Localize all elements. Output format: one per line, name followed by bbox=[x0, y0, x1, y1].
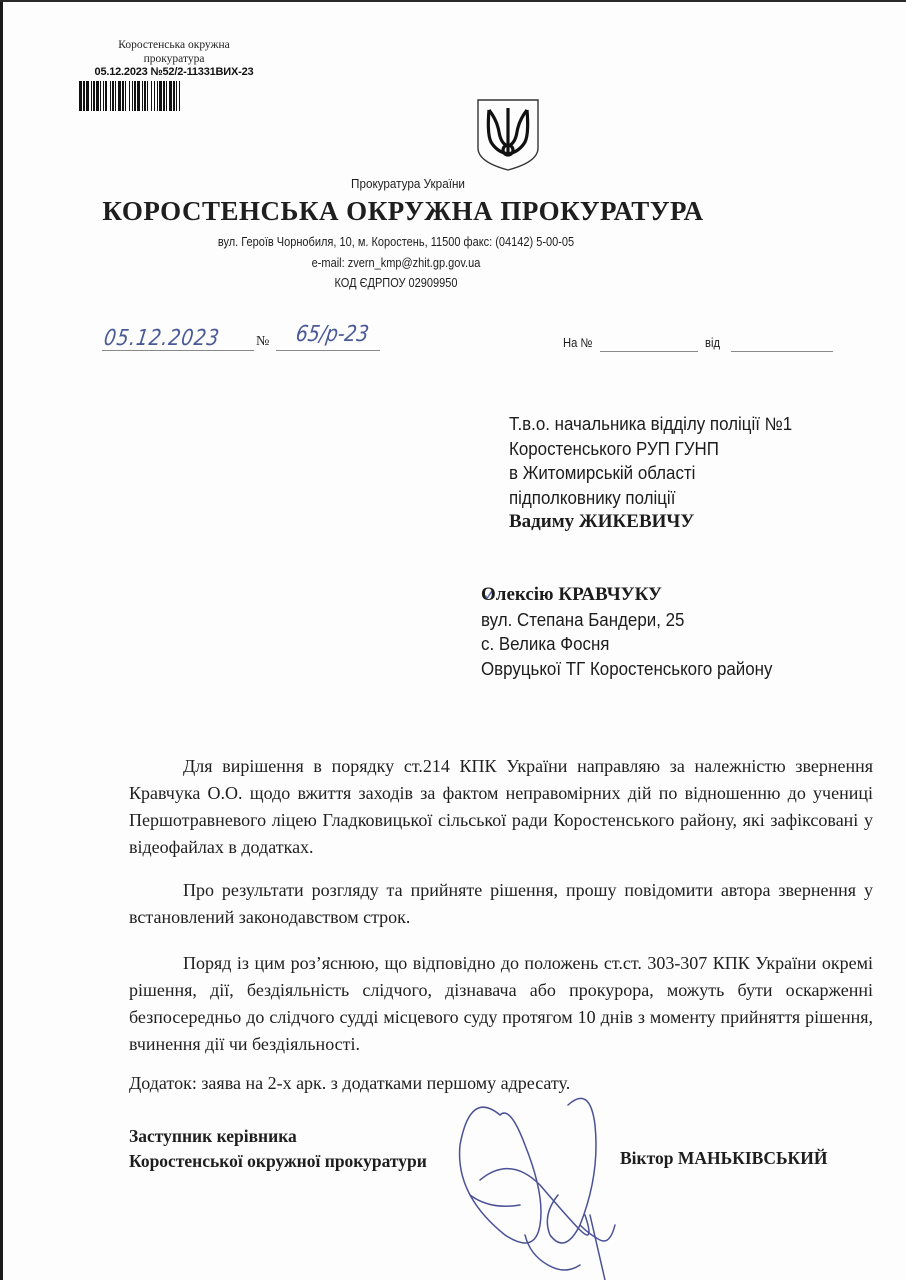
addressee-1-line: Коростенського РУП ГУНП bbox=[509, 437, 792, 462]
signatory-name: Віктор МАНЬКІВСЬКИЙ bbox=[620, 1148, 827, 1169]
stamp-org-line1: Коростенська окружна bbox=[74, 38, 274, 52]
scan-left-edge bbox=[0, 0, 3, 1280]
from-label: від bbox=[705, 336, 720, 350]
addressee-2: Олексію КРАВЧУКУ вул. Степана Бандери, 2… bbox=[481, 583, 791, 681]
addressee-1-line: підполковнику поліції bbox=[509, 486, 792, 511]
parent-org: Прокуратура України bbox=[0, 176, 815, 191]
addressee-1-line: в Житомирській області bbox=[509, 461, 792, 486]
addressee-2-line: Овруцької ТГ Коростенського району bbox=[481, 657, 772, 682]
body-paragraph-3: Поряд із цим роз’яснюю, що відповідно до… bbox=[129, 950, 873, 1058]
addressee-2-line: с. Велика Фосня bbox=[481, 632, 772, 657]
date-underline bbox=[102, 350, 254, 351]
paragraph-text: Поряд із цим роз’яснюю, що відповідно до… bbox=[129, 950, 873, 1058]
addressee-2-line: вул. Степана Бандери, 25 bbox=[481, 608, 772, 633]
org-email: e-mail: zvern_kmp@zhit.gp.gov.ua bbox=[0, 256, 795, 270]
reply-to-underline bbox=[600, 351, 698, 352]
stamp-reg-number: 05.12.2023 №52/2-11331ВИХ-23 bbox=[74, 66, 274, 78]
addressee-1: Т.в.о. начальника відділу поліції №1 Кор… bbox=[509, 412, 810, 535]
addressee-1-line: Т.в.о. начальника відділу поліції №1 bbox=[509, 412, 792, 437]
number-sign: № bbox=[256, 334, 269, 350]
addressee-2-name: Олексію КРАВЧУКУ bbox=[481, 583, 791, 608]
registration-stamp: Коростенська окружна прокуратура 05.12.2… bbox=[74, 38, 274, 111]
body-paragraph-2: Про результати розгляду та прийняте ріше… bbox=[129, 877, 873, 931]
org-name: КОРОСТЕНСЬКА ОКРУЖНА ПРОКУРАТУРА bbox=[0, 196, 856, 227]
number-underline bbox=[276, 350, 380, 351]
signatory-position-line1: Заступник керівника bbox=[129, 1124, 427, 1149]
org-address: вул. Героїв Чорнобиля, 10, м. Коростень,… bbox=[0, 235, 795, 249]
handwritten-signature bbox=[430, 1085, 640, 1280]
reply-to-label: На № bbox=[563, 336, 593, 350]
body-paragraph-1: Для вирішення в порядку ст.214 КПК Украї… bbox=[129, 753, 873, 861]
scan-top-edge bbox=[0, 0, 906, 2]
stamp-org-line2: прокуратура bbox=[74, 52, 274, 66]
paragraph-text: Про результати розгляду та прийняте ріше… bbox=[129, 877, 873, 931]
addressee-1-name: Вадиму ЖИКЕВИЧУ bbox=[509, 510, 810, 535]
signatory-position-line2: Коростенської окружної прокуратури bbox=[129, 1149, 427, 1174]
outgoing-date: 05.12.2023 bbox=[102, 326, 221, 351]
org-edrpou: КОД ЄДРПОУ 02909950 bbox=[0, 276, 795, 290]
paragraph-text: Для вирішення в порядку ст.214 КПК Украї… bbox=[129, 753, 873, 861]
barcode-icon bbox=[79, 81, 263, 111]
outgoing-number: 65/р-23 bbox=[294, 322, 370, 347]
trident-coat-of-arms-icon bbox=[475, 98, 541, 172]
from-underline bbox=[731, 351, 833, 352]
signatory-position: Заступник керівника Коростенської окружн… bbox=[129, 1124, 427, 1174]
